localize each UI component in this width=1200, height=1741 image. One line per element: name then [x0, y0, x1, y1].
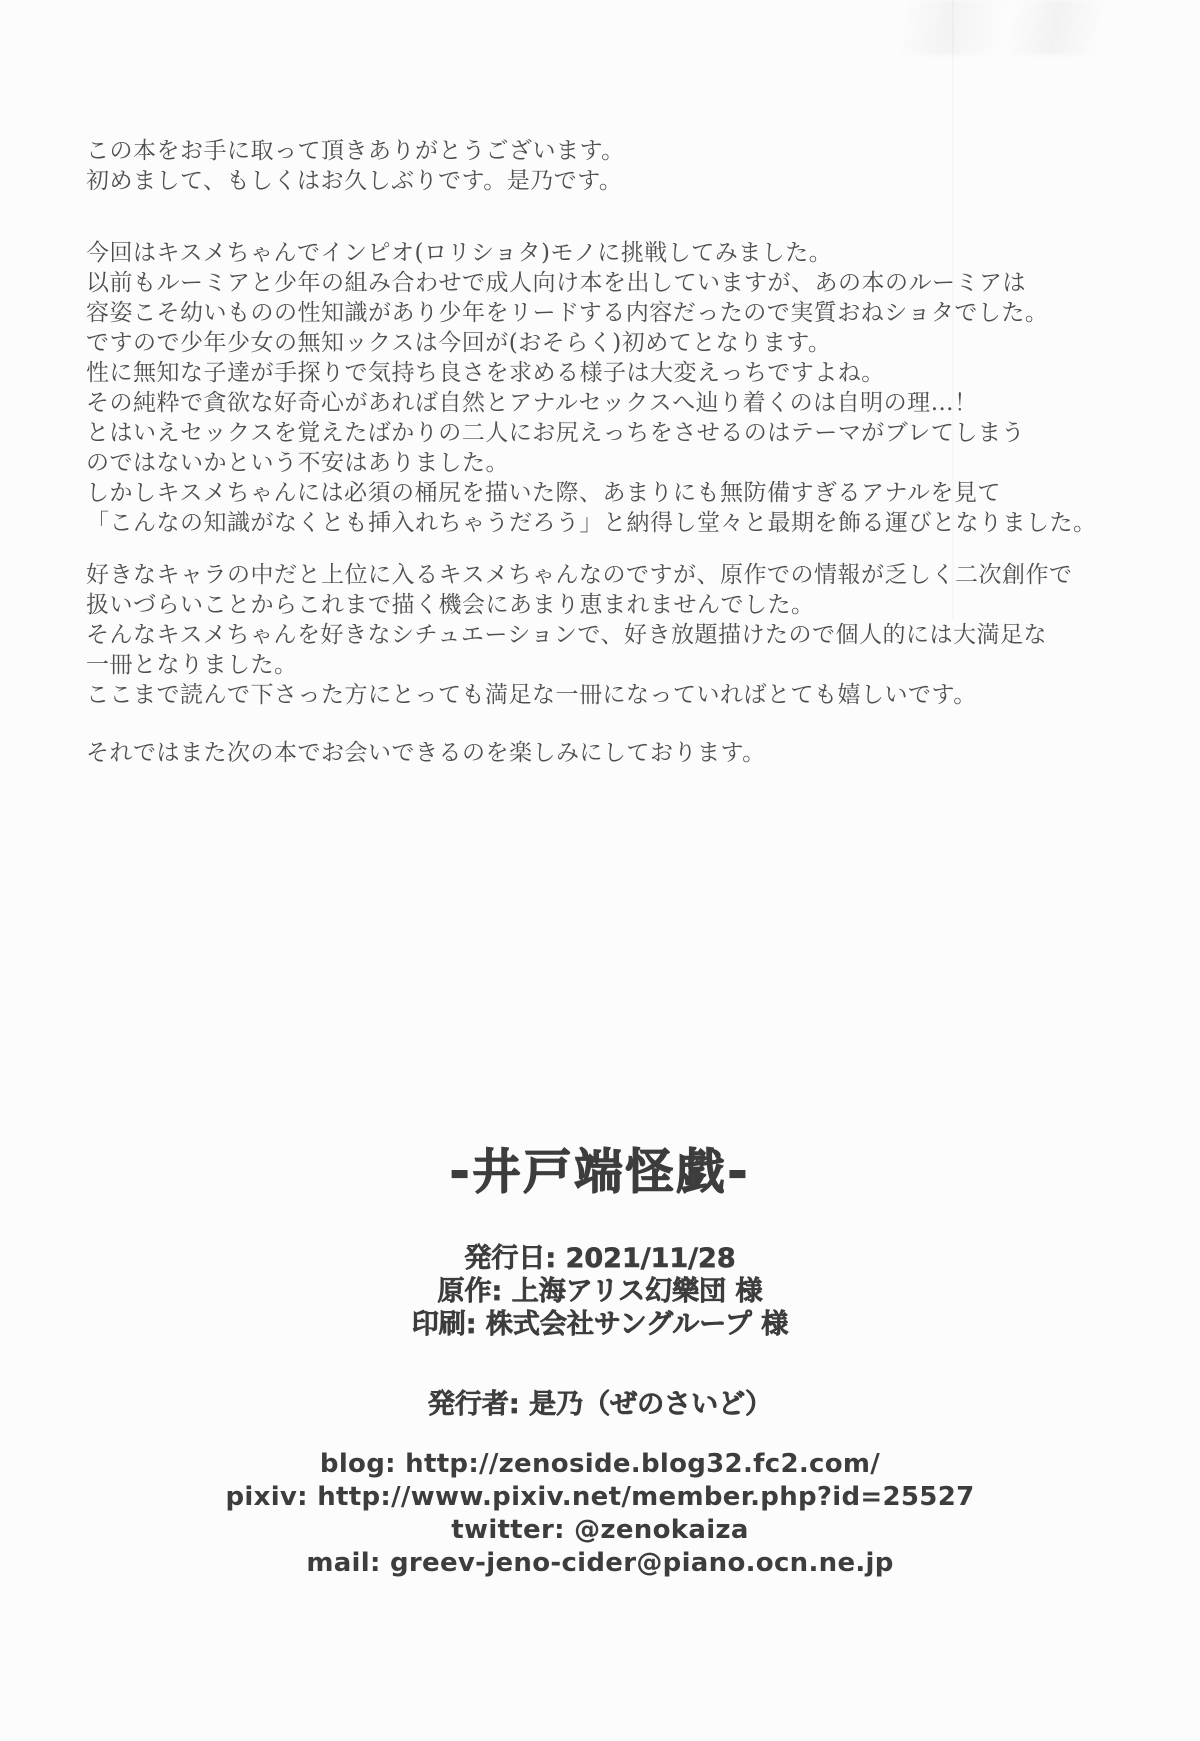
afterword-line: 好きなキャラの中だと上位に入るキスメちゃんなのですが、原作での情報が乏しく二次創… [86, 560, 1170, 590]
afterword-line: とはいえセックスを覚えたばかりの二人にお尻えっちをさせるのはテーマがブレてしまう [86, 418, 1170, 448]
afterword-paragraph-greeting: この本をお手に取って頂きありがとうございます。 初めまして、もしくはお久しぶりで… [86, 136, 1170, 196]
afterword-line: この本をお手に取って頂きありがとうございます。 [86, 136, 1170, 166]
colophon-contact-block: blog: http://zenoside.blog32.fc2.com/ pi… [0, 1448, 1200, 1580]
contact-pixiv-url: pixiv: http://www.pixiv.net/member.php?i… [0, 1481, 1200, 1514]
afterword-line: 初めまして、もしくはお久しぶりです。是乃です。 [86, 166, 1170, 196]
afterword-line: しかしキスメちゃんには必須の桶尻を描いた際、あまりにも無防備すぎるアナルを見て [86, 478, 1170, 508]
afterword-line: 容姿こそ幼いものの性知識があり少年をリードする内容だったので実質おねショタでした… [86, 298, 1170, 328]
afterword-line: のではないかという不安はありました。 [86, 448, 1170, 478]
colophon-info-block: 発行日: 2021/11/28 原作: 上海アリス幻樂団 様 印刷: 株式会社サ… [0, 1242, 1200, 1341]
afterword-line: そんなキスメちゃんを好きなシチュエーションで、好き放題描けたので個人的には大満足… [86, 620, 1170, 650]
afterword-line: 一冊となりました。 [86, 650, 1170, 680]
scan-noise-smudge [880, 0, 1110, 55]
colophon-original-work: 原作: 上海アリス幻樂団 様 [0, 1275, 1200, 1308]
afterword-line: 性に無知な子達が手探りで気持ち良さを求める様子は大変えっちですよね。 [86, 358, 1170, 388]
afterword-line: 「こんなの知識がなくとも挿入れちゃうだろう」と納得し堂々と最期を飾る運びとなりま… [86, 508, 1170, 538]
colophon-publisher: 発行者: 是乃（ぜのさいど） [0, 1382, 1200, 1421]
afterword-paragraph-theme: 今回はキスメちゃんでインピオ(ロリショタ)モノに挑戦してみました。 以前もルーミ… [86, 238, 1170, 538]
afterword-paragraph-closing: それではまた次の本でお会いできるのを楽しみにしております。 [86, 738, 1170, 768]
doujin-title: -井戸端怪戯- [0, 1133, 1200, 1202]
contact-mail-address: mail: greev-jeno-cider@piano.ocn.ne.jp [0, 1547, 1200, 1580]
afterword-paragraph-character: 好きなキャラの中だと上位に入るキスメちゃんなのですが、原作での情報が乏しく二次創… [86, 560, 1170, 710]
colophon-printer: 印刷: 株式会社サングループ 様 [0, 1308, 1200, 1341]
afterword-line: ですので少年少女の無知ックスは今回が(おそらく)初めてとなります。 [86, 328, 1170, 358]
contact-blog-url: blog: http://zenoside.blog32.fc2.com/ [0, 1448, 1200, 1481]
afterword-line: ここまで読んで下さった方にとっても満足な一冊になっていればとても嬉しいです。 [86, 680, 1170, 710]
afterword-line: 扱いづらいことからこれまで描く機会にあまり恵まれませんでした。 [86, 590, 1170, 620]
scanned-afterword-page: この本をお手に取って頂きありがとうございます。 初めまして、もしくはお久しぶりで… [0, 0, 1200, 1741]
afterword-line: 以前もルーミアと少年の組み合わせで成人向け本を出していますが、あの本のルーミアは [86, 268, 1170, 298]
afterword-line: その純粋で貪欲な好奇心があれば自然とアナルセックスへ辿り着くのは自明の理…！ [86, 388, 1170, 418]
colophon-publish-date: 発行日: 2021/11/28 [0, 1242, 1200, 1275]
afterword-line: それではまた次の本でお会いできるのを楽しみにしております。 [86, 738, 1170, 768]
contact-twitter-handle: twitter: @zenokaiza [0, 1514, 1200, 1547]
afterword-text-block: この本をお手に取って頂きありがとうございます。 初めまして、もしくはお久しぶりで… [86, 136, 1170, 768]
afterword-line: 今回はキスメちゃんでインピオ(ロリショタ)モノに挑戦してみました。 [86, 238, 1170, 268]
